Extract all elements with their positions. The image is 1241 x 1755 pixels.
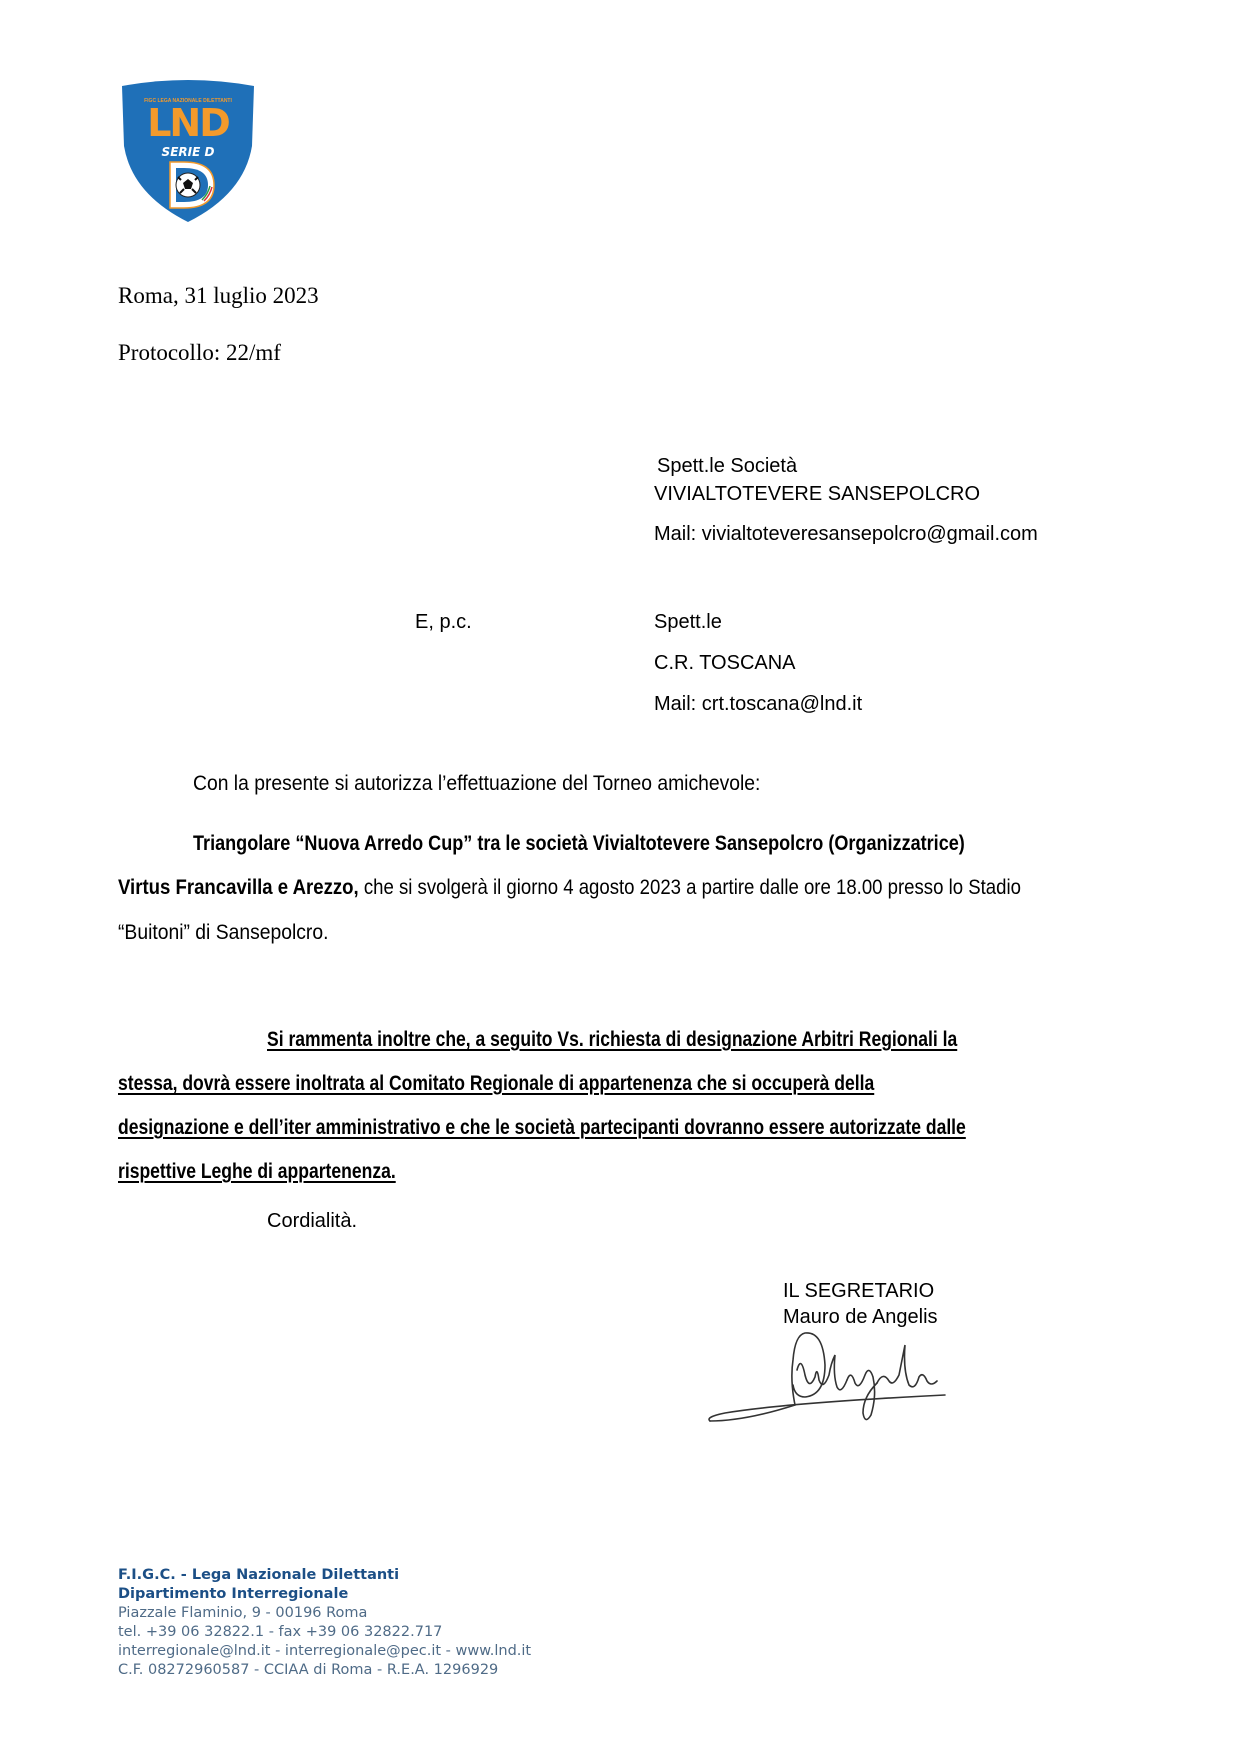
- footer-address: Piazzale Flaminio, 9 - 00196 Roma: [118, 1604, 531, 1623]
- date-line: Roma, 31 luglio 2023: [118, 283, 319, 309]
- footer-registry: C.F. 08272960587 - CCIAA di Roma - R.E.A…: [118, 1661, 531, 1680]
- recipient-name: VIVIALTOTEVERE SANSEPOLCRO: [654, 483, 980, 506]
- footer-department: Dipartimento Interregionale: [118, 1585, 531, 1604]
- intro-paragraph: Con la presente si autorizza l’effettuaz…: [193, 772, 760, 796]
- cc-name: C.R. TOSCANA: [654, 652, 796, 675]
- lnd-serie-d-logo: FIGC LEGA NAZIONALE DILETTANTI LND SERIE…: [118, 76, 258, 224]
- footer: F.I.G.C. - Lega Nazionale Dilettanti Dip…: [118, 1566, 531, 1680]
- closing: Cordialità.: [267, 1210, 357, 1233]
- logo-sub-text: SERIE D: [162, 145, 215, 159]
- event-line-3: “Buitoni” di Sansepolcro.: [118, 921, 328, 945]
- footer-org: F.I.G.C. - Lega Nazionale Dilettanti: [118, 1566, 531, 1585]
- notice-line-2: stessa, dovrà essere inoltrata al Comita…: [118, 1072, 874, 1096]
- event-line-2: Virtus Francavilla e Arezzo, che si svol…: [118, 876, 1021, 900]
- protocol-line: Protocollo: 22/mf: [118, 340, 281, 366]
- handwritten-signature: [705, 1325, 950, 1425]
- signer-title: IL SEGRETARIO: [783, 1280, 934, 1303]
- event-details: che si svolgerà il giorno 4 agosto 2023 …: [359, 876, 1021, 899]
- event-line-1: Triangolare “Nuova Arredo Cup” tra le so…: [193, 832, 965, 856]
- notice-line-3: designazione e dell’iter amministrativo …: [118, 1116, 966, 1140]
- cc-mail: Mail: crt.toscana@lnd.it: [654, 693, 862, 716]
- recipient-mail-text: Mail: vivialtoteveresansepolcro@gmail.co…: [654, 523, 1038, 545]
- cc-label: E, p.c.: [415, 611, 472, 634]
- footer-emails: interregionale@lnd.it - interregionale@p…: [118, 1642, 531, 1661]
- logo-main-text: LND: [147, 101, 229, 145]
- notice-line-4: rispettive Leghe di appartenenza.: [118, 1160, 396, 1184]
- footer-phone: tel. +39 06 32822.1 - fax +39 06 32822.7…: [118, 1623, 531, 1642]
- recipient-salutation: Spett.le Società: [657, 455, 797, 478]
- notice-line-1: Si rammenta inoltre che, a seguito Vs. r…: [267, 1028, 957, 1052]
- recipient-mail: Mail: vivialtoteveresansepolcro@gmail.co…: [654, 520, 1038, 546]
- event-teams: Virtus Francavilla e Arezzo,: [118, 876, 359, 899]
- cc-salutation: Spett.le: [654, 611, 722, 634]
